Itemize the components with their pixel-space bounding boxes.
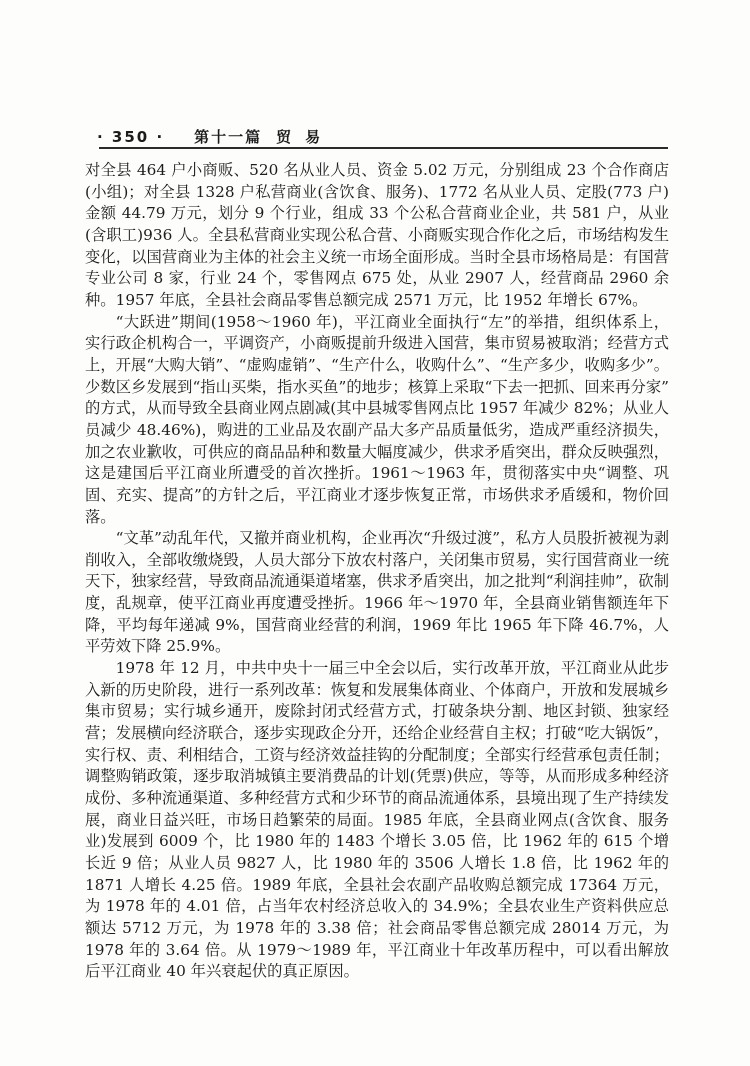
- page-number: · 350 ·: [97, 128, 164, 146]
- paragraph-continuation: 对全县 464 户小商贩、520 名从业人员、资金 5.02 万元，分别组成 2…: [85, 160, 669, 312]
- article-body: 对全县 464 户小商贩、520 名从业人员、资金 5.02 万元，分别组成 2…: [85, 160, 669, 983]
- running-head: · 350 · 第十一篇 贸易: [97, 126, 334, 147]
- header-rule: [99, 147, 668, 149]
- section-subject: 贸易: [276, 126, 334, 147]
- paragraph-reform-era: 1978 年 12 月，中共中央十一届三中全会以后，实行改革开放，平江商业从此步…: [85, 658, 669, 983]
- paragraph-great-leap-forward: “大跃进”期间(1958～1960 年)，平江商业全面执行“左”的举措，组织体系…: [85, 312, 669, 529]
- paragraph-cultural-revolution: “文革”动乱年代，又撤并商业机构，企业再次“升级过渡”，私方人员股折被视为剥削收…: [85, 528, 669, 658]
- section-label: 第十一篇: [194, 126, 262, 147]
- scanned-book-page: · 350 · 第十一篇 贸易 对全县 464 户小商贩、520 名从业人员、资…: [0, 0, 750, 1066]
